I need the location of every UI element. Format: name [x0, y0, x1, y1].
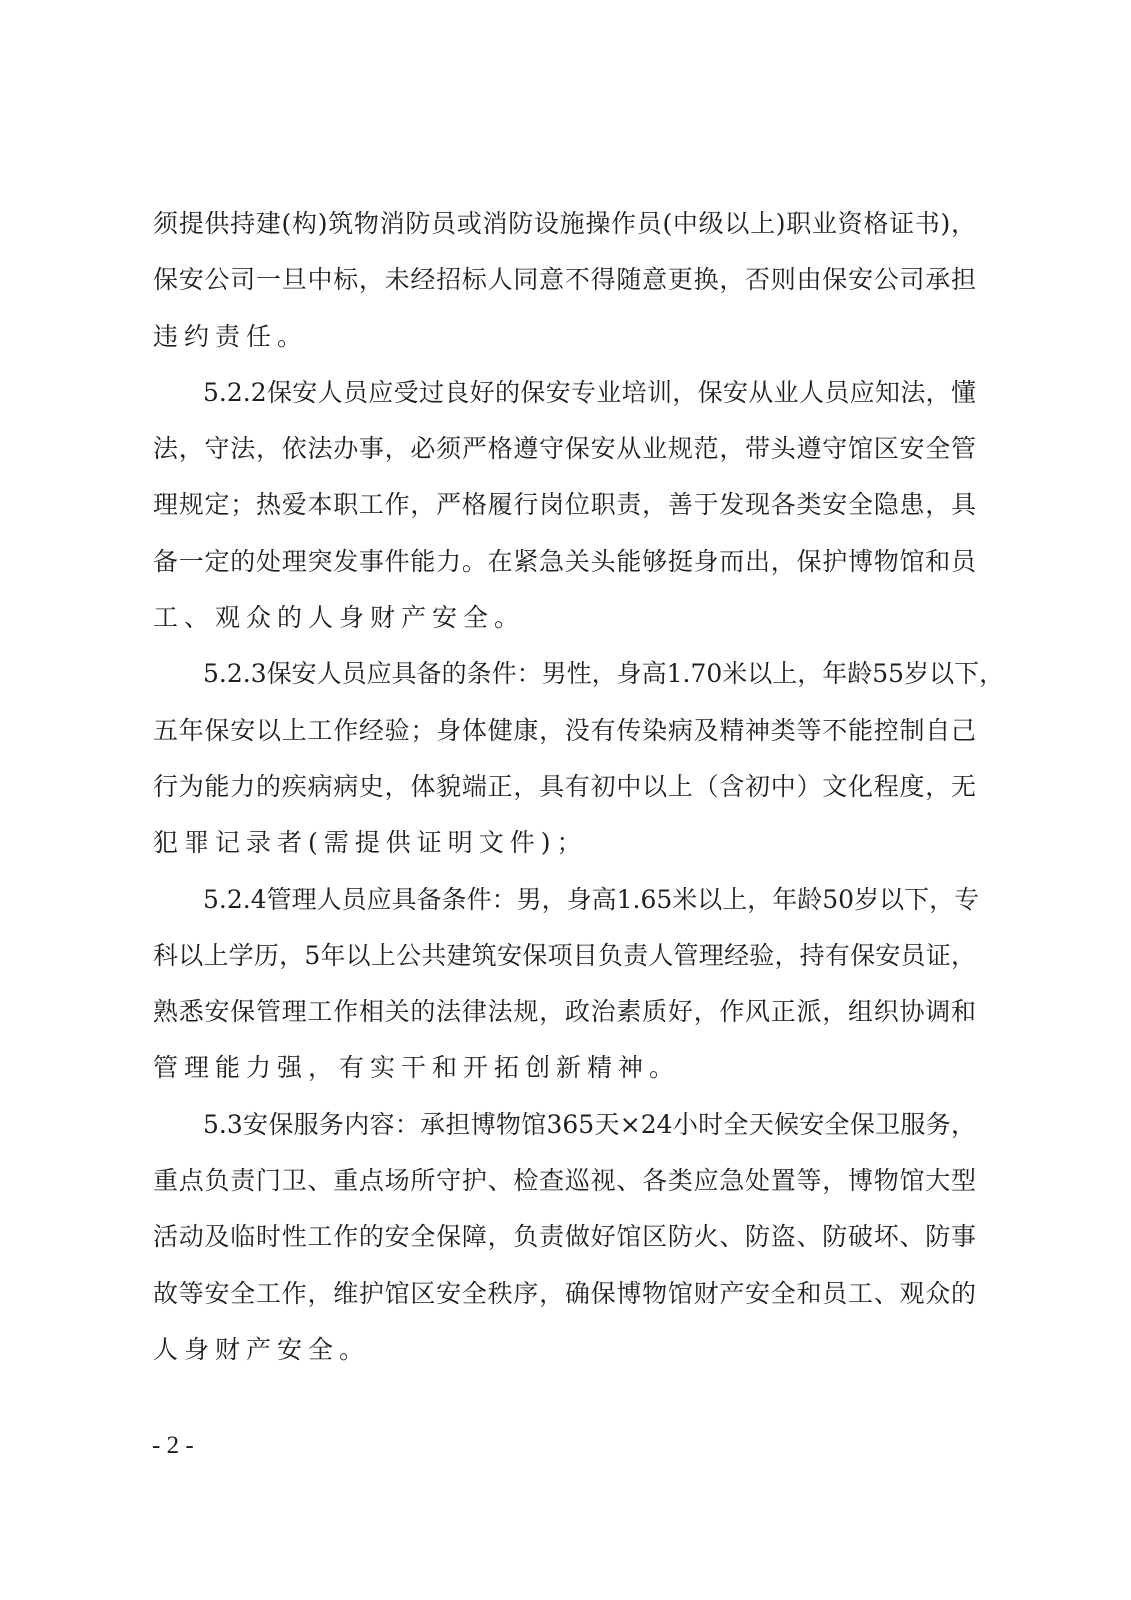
text-line: 理规定；热爱本职工作，严格履行岗位职责，善于发现各类安全隐患，具 — [153, 477, 976, 533]
text-line: 保安公司一旦中标，未经招标人同意不得随意更换，否则由保安公司承担 — [153, 252, 976, 308]
text-line: 5.2.2保安人员应受过良好的保安专业培训，保安从业人员应知法，懂 — [153, 365, 976, 421]
text-line: 法，守法，依法办事，必须严格遵守保安从业规范，带头遵守馆区安全管 — [153, 421, 976, 477]
paragraph-5-3: 5.3安保服务内容：承担博物馆365天×24小时全天候安全保卫服务， 重点负责门… — [153, 1097, 976, 1378]
text-line: 管理能力强，有实干和开拓创新精神。 — [153, 1040, 976, 1096]
text-line: 违约责任。 — [153, 309, 976, 365]
text-line: 5.2.4管理人员应具备条件：男，身高1.65米以上，年龄50岁以下，专 — [153, 872, 976, 928]
document-body: 须提供持建(构)筑物消防员或消防设施操作员(中级以上)职业资格证书)， 保安公司… — [153, 196, 976, 1378]
document-page: 须提供持建(构)筑物消防员或消防设施操作员(中级以上)职业资格证书)， 保安公司… — [0, 0, 1131, 1600]
text-line: 须提供持建(构)筑物消防员或消防设施操作员(中级以上)职业资格证书)， — [153, 196, 976, 252]
page-number: - 2 - — [152, 1428, 194, 1464]
text-line: 熟悉安保管理工作相关的法律法规，政治素质好，作风正派，组织协调和 — [153, 984, 976, 1040]
text-line: 5.3安保服务内容：承担博物馆365天×24小时全天候安全保卫服务， — [153, 1097, 976, 1153]
text-line: 科以上学历，5年以上公共建筑安保项目负责人管理经验，持有保安员证， — [153, 928, 976, 984]
text-line: 工、观众的人身财产安全。 — [153, 590, 976, 646]
text-line: 活动及临时性工作的安全保障，负责做好馆区防火、防盗、防破坏、防事 — [153, 1209, 976, 1265]
paragraph-5-2-2: 5.2.2保安人员应受过良好的保安专业培训，保安从业人员应知法，懂 法，守法，依… — [153, 365, 976, 646]
paragraph-continuation: 须提供持建(构)筑物消防员或消防设施操作员(中级以上)职业资格证书)， 保安公司… — [153, 196, 976, 365]
text-line: 五年保安以上工作经验；身体健康，没有传染病及精神类等不能控制自己 — [153, 703, 976, 759]
text-line: 犯罪记录者(需提供证明文件)； — [153, 815, 976, 871]
paragraph-5-2-3: 5.2.3保安人员应具备的条件：男性，身高1.70米以上，年龄55岁以下， 五年… — [153, 646, 976, 871]
paragraph-5-2-4: 5.2.4管理人员应具备条件：男，身高1.65米以上，年龄50岁以下，专 科以上… — [153, 872, 976, 1097]
text-line: 5.2.3保安人员应具备的条件：男性，身高1.70米以上，年龄55岁以下， — [153, 646, 976, 702]
text-line: 重点负责门卫、重点场所守护、检查巡视、各类应急处置等，博物馆大型 — [153, 1153, 976, 1209]
text-line: 故等安全工作，维护馆区安全秩序，确保博物馆财产安全和员工、观众的 — [153, 1266, 976, 1322]
text-line: 行为能力的疾病病史，体貌端正，具有初中以上（含初中）文化程度，无 — [153, 759, 976, 815]
text-line: 人身财产安全。 — [153, 1322, 976, 1378]
text-line: 备一定的处理突发事件能力。在紧急关头能够挺身而出，保护博物馆和员 — [153, 534, 976, 590]
